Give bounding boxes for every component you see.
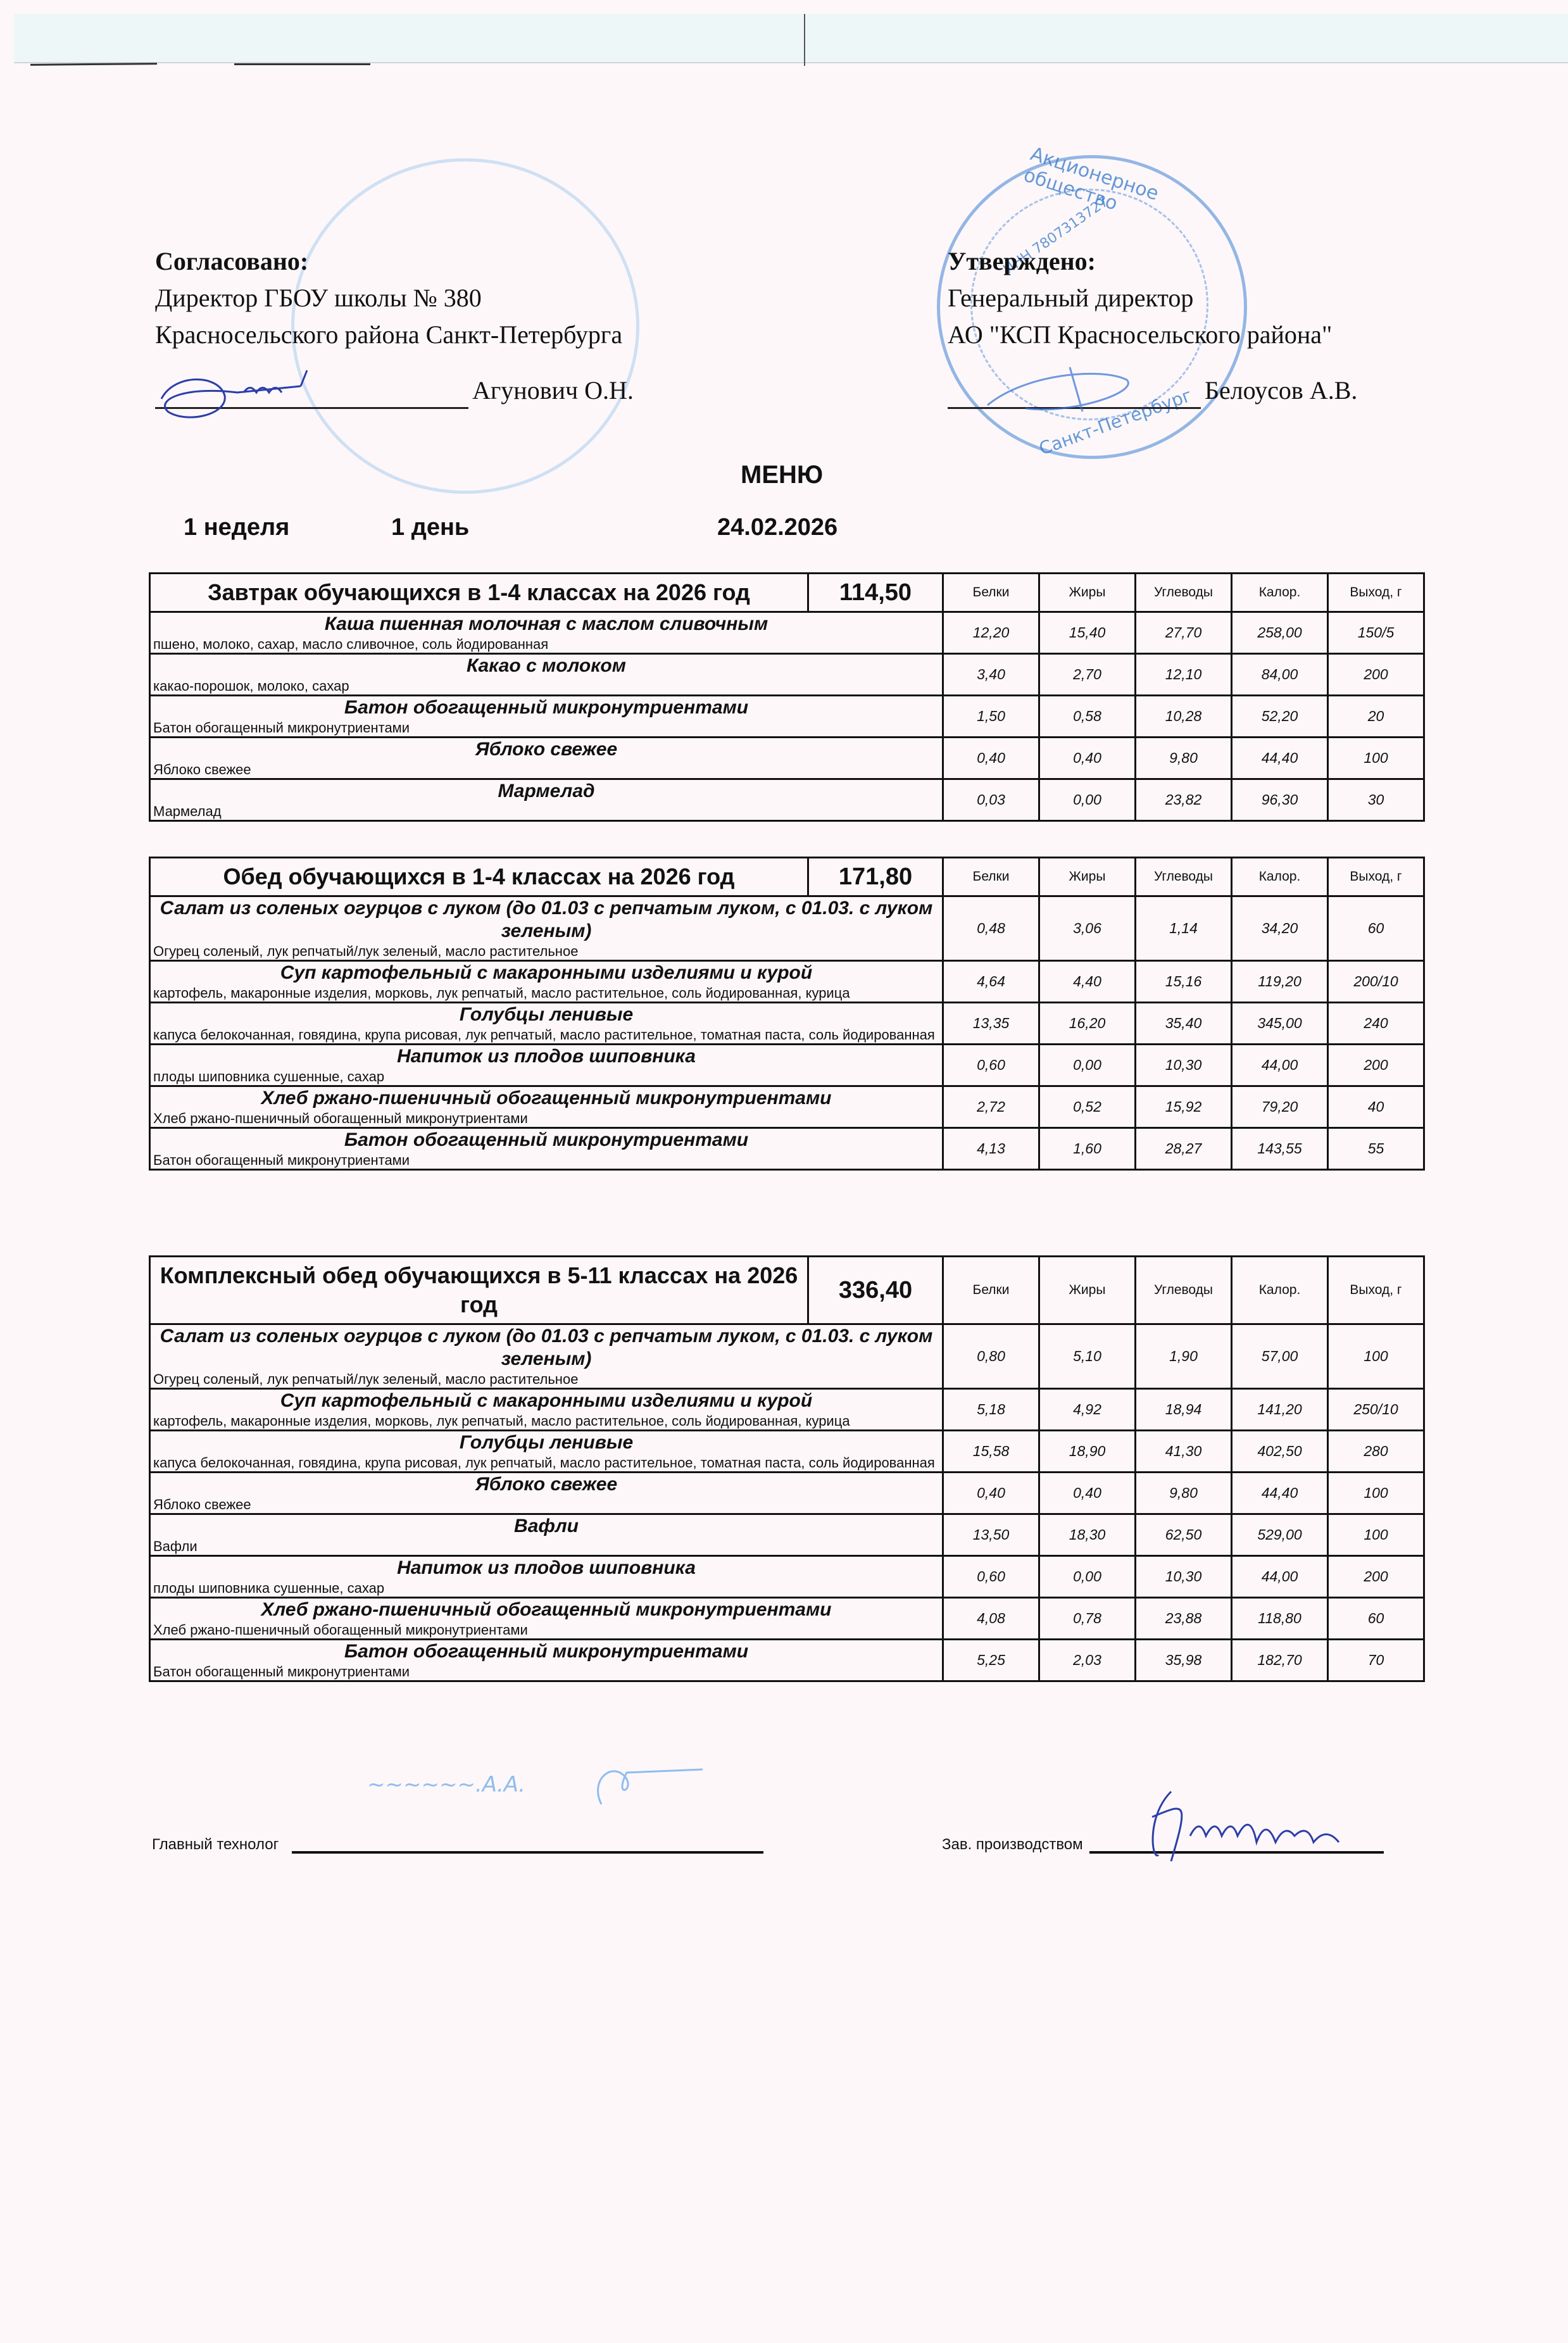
nutrition-carbs: 12,10 <box>1136 654 1232 696</box>
column-header: Выход, г <box>1328 1257 1424 1324</box>
nutrition-carbs: 10,30 <box>1136 1556 1232 1598</box>
nutrition-carbs: 18,94 <box>1136 1389 1232 1431</box>
dish-name: Суп картофельный с макаронными изделиями… <box>153 962 939 984</box>
nutrition-fat: 0,00 <box>1039 1045 1136 1086</box>
dish-name: Яблоко свежее <box>153 738 939 761</box>
nutrition-kcal: 182,70 <box>1232 1640 1328 1681</box>
section-title: Комплексный обед обучающихся в 5-11 клас… <box>150 1257 808 1324</box>
section-header-row: Комплексный обед обучающихся в 5-11 клас… <box>150 1257 1424 1324</box>
nutrition-fat: 0,58 <box>1039 696 1136 738</box>
nutrition-fat: 0,78 <box>1039 1598 1136 1640</box>
dish-ingredients: пшено, молоко, сахар, масло сливочное, с… <box>153 636 939 653</box>
nutrition-carbs: 10,28 <box>1136 696 1232 738</box>
table-row: Хлеб ржано-пшеничный обогащенный микрону… <box>150 1598 1424 1640</box>
nutrition-carbs: 10,30 <box>1136 1045 1232 1086</box>
nutrition-yield: 60 <box>1328 896 1424 961</box>
column-header: Калор. <box>1232 1257 1328 1324</box>
dish-name: Каша пшенная молочная с маслом сливочным <box>153 613 939 636</box>
dish-cell: Батон обогащенный микронутриентамиБатон … <box>150 696 943 738</box>
agreed-organization: Красносельского района Санкт-Петербурга <box>155 317 634 353</box>
nutrition-fat: 18,90 <box>1039 1431 1136 1473</box>
nutrition-fat: 16,20 <box>1039 1003 1136 1045</box>
table-row: Яблоко свежееЯблоко свежее0,400,409,8044… <box>150 738 1424 779</box>
dish-cell: Суп картофельный с макаронными изделиями… <box>150 961 943 1003</box>
nutrition-yield: 70 <box>1328 1640 1424 1681</box>
dish-name: Суп картофельный с макаронными изделиями… <box>153 1390 939 1412</box>
dish-ingredients: Батон обогащенный микронутриентами <box>153 1663 939 1680</box>
dish-name: Батон обогащенный микронутриентами <box>153 1129 939 1152</box>
dish-name: Вафли <box>153 1515 939 1538</box>
table-row: Хлеб ржано-пшеничный обогащенный микрону… <box>150 1086 1424 1128</box>
nutrition-kcal: 141,20 <box>1232 1389 1328 1431</box>
scan-artifact <box>804 14 805 66</box>
nutrition-carbs: 41,30 <box>1136 1431 1232 1473</box>
section-title: Завтрак обучающихся в 1-4 классах на 202… <box>150 574 808 612</box>
table-row: Батон обогащенный микронутриентамиБатон … <box>150 696 1424 738</box>
dish-cell: ВафлиВафли <box>150 1514 943 1556</box>
table-row: Яблоко свежееЯблоко свежее0,400,409,8044… <box>150 1473 1424 1514</box>
chief-technologist-label: Главный технолог <box>152 1836 279 1853</box>
week-label: 1 неделя <box>184 514 289 541</box>
approved-organization: АО "КСП Красносельского района" <box>948 317 1357 353</box>
column-header: Жиры <box>1039 858 1136 896</box>
dish-ingredients: Хлеб ржано-пшеничный обогащенный микрону… <box>153 1621 939 1638</box>
section-price: 114,50 <box>808 574 943 612</box>
nutrition-kcal: 79,20 <box>1232 1086 1328 1128</box>
nutrition-yield: 60 <box>1328 1598 1424 1640</box>
table-row: ВафлиВафли13,5018,3062,50529,00100 <box>150 1514 1424 1556</box>
nutrition-protein: 0,60 <box>943 1045 1039 1086</box>
nutrition-yield: 240 <box>1328 1003 1424 1045</box>
nutrition-kcal: 44,00 <box>1232 1045 1328 1086</box>
nutrition-carbs: 15,16 <box>1136 961 1232 1003</box>
column-header: Жиры <box>1039 1257 1136 1324</box>
nutrition-yield: 200 <box>1328 654 1424 696</box>
menu-table-breakfast-1-4: Завтрак обучающихся в 1-4 классах на 202… <box>149 572 1425 822</box>
dish-name: Батон обогащенный микронутриентами <box>153 1640 939 1663</box>
nutrition-kcal: 44,40 <box>1232 738 1328 779</box>
nutrition-protein: 13,35 <box>943 1003 1039 1045</box>
nutrition-kcal: 96,30 <box>1232 779 1328 821</box>
table-row: Напиток из плодов шиповникаплоды шиповни… <box>150 1556 1424 1598</box>
dish-cell: Какао с молокомкакао-порошок, молоко, са… <box>150 654 943 696</box>
nutrition-carbs: 27,70 <box>1136 612 1232 654</box>
day-label: 1 день <box>391 514 469 541</box>
dish-name: Салат из соленых огурцов с луком (до 01.… <box>153 897 939 943</box>
dish-ingredients: Яблоко свежее <box>153 1496 939 1513</box>
nutrition-kcal: 529,00 <box>1232 1514 1328 1556</box>
dish-cell: Салат из соленых огурцов с луком (до 01.… <box>150 1324 943 1389</box>
nutrition-carbs: 35,40 <box>1136 1003 1232 1045</box>
section-header-row: Завтрак обучающихся в 1-4 классах на 202… <box>150 574 1424 612</box>
nutrition-carbs: 62,50 <box>1136 1514 1232 1556</box>
nutrition-kcal: 57,00 <box>1232 1324 1328 1389</box>
nutrition-yield: 200 <box>1328 1556 1424 1598</box>
dish-ingredients: какао-порошок, молоко, сахар <box>153 677 939 694</box>
table-row: МармеладМармелад0,030,0023,8296,3030 <box>150 779 1424 821</box>
dish-name: Яблоко свежее <box>153 1473 939 1496</box>
nutrition-protein: 3,40 <box>943 654 1039 696</box>
column-header: Выход, г <box>1328 574 1424 612</box>
column-header: Калор. <box>1232 574 1328 612</box>
nutrition-carbs: 9,80 <box>1136 1473 1232 1514</box>
dish-cell: МармеладМармелад <box>150 779 943 821</box>
dish-cell: Салат из соленых огурцов с луком (до 01.… <box>150 896 943 961</box>
table-row: Батон обогащенный микронутриентамиБатон … <box>150 1128 1424 1170</box>
nutrition-kcal: 402,50 <box>1232 1431 1328 1473</box>
dish-name: Напиток из плодов шиповника <box>153 1557 939 1580</box>
dish-cell: Хлеб ржано-пшеничный обогащенный микрону… <box>150 1598 943 1640</box>
dish-name: Мармелад <box>153 780 939 803</box>
nutrition-fat: 0,00 <box>1039 1556 1136 1598</box>
nutrition-yield: 100 <box>1328 1514 1424 1556</box>
menu-date: 24.02.2026 <box>717 514 837 541</box>
section-price: 171,80 <box>808 858 943 896</box>
section-title: Обед обучающихся в 1-4 классах на 2026 г… <box>150 858 808 896</box>
signature-agunovich <box>149 361 326 430</box>
nutrition-fat: 5,10 <box>1039 1324 1136 1389</box>
dish-ingredients: Батон обогащенный микронутриентами <box>153 719 939 736</box>
nutrition-protein: 4,13 <box>943 1128 1039 1170</box>
column-header: Выход, г <box>1328 858 1424 896</box>
nutrition-kcal: 119,20 <box>1232 961 1328 1003</box>
nutrition-fat: 0,52 <box>1039 1086 1136 1128</box>
nutrition-kcal: 118,80 <box>1232 1598 1328 1640</box>
nutrition-protein: 0,48 <box>943 896 1039 961</box>
dish-cell: Суп картофельный с макаронными изделиями… <box>150 1389 943 1431</box>
nutrition-fat: 15,40 <box>1039 612 1136 654</box>
dish-name: Напиток из плодов шиповника <box>153 1045 939 1068</box>
nutrition-kcal: 345,00 <box>1232 1003 1328 1045</box>
dish-cell: Каша пшенная молочная с маслом сливочным… <box>150 612 943 654</box>
nutrition-carbs: 23,82 <box>1136 779 1232 821</box>
menu-table-lunch-1-4: Обед обучающихся в 1-4 классах на 2026 г… <box>149 857 1425 1171</box>
nutrition-carbs: 28,27 <box>1136 1128 1232 1170</box>
column-header: Калор. <box>1232 858 1328 896</box>
column-header: Белки <box>943 574 1039 612</box>
dish-cell: Яблоко свежееЯблоко свежее <box>150 1473 943 1514</box>
table-row: Голубцы ленивыекапуса белокочанная, говя… <box>150 1431 1424 1473</box>
dish-cell: Батон обогащенный микронутриентамиБатон … <box>150 1640 943 1681</box>
nutrition-yield: 200/10 <box>1328 961 1424 1003</box>
dish-name: Батон обогащенный микронутриентами <box>153 696 939 719</box>
nutrition-carbs: 1,90 <box>1136 1324 1232 1389</box>
nutrition-yield: 100 <box>1328 1473 1424 1514</box>
column-header: Углеводы <box>1136 574 1232 612</box>
nutrition-kcal: 44,40 <box>1232 1473 1328 1514</box>
nutrition-protein: 13,50 <box>943 1514 1039 1556</box>
dish-name: Какао с молоком <box>153 655 939 677</box>
page-title: МЕНЮ <box>741 461 823 489</box>
production-head-label: Зав. производством <box>942 1836 1083 1853</box>
dish-ingredients: Вафли <box>153 1538 939 1555</box>
scan-artifact <box>30 63 157 66</box>
nutrition-protein: 5,25 <box>943 1640 1039 1681</box>
table-row: Голубцы ленивыекапуса белокочанная, говя… <box>150 1003 1424 1045</box>
agreed-signatory: Агунович О.Н. <box>472 376 634 405</box>
dish-ingredients: картофель, макаронные изделия, морковь, … <box>153 984 939 1002</box>
column-header: Белки <box>943 1257 1039 1324</box>
nutrition-yield: 280 <box>1328 1431 1424 1473</box>
nutrition-kcal: 52,20 <box>1232 696 1328 738</box>
dish-name: Голубцы ленивые <box>153 1431 939 1454</box>
signature-belousov <box>975 355 1165 424</box>
nutrition-yield: 100 <box>1328 1324 1424 1389</box>
dish-ingredients: Огурец соленый, лук репчатый/лук зеленый… <box>153 943 939 960</box>
nutrition-protein: 4,08 <box>943 1598 1039 1640</box>
nutrition-fat: 2,70 <box>1039 654 1136 696</box>
table-row: Напиток из плодов шиповникаплоды шиповни… <box>150 1045 1424 1086</box>
nutrition-yield: 30 <box>1328 779 1424 821</box>
approved-signatory: Белоусов А.В. <box>1205 376 1357 405</box>
nutrition-protein: 1,50 <box>943 696 1039 738</box>
nutrition-protein: 0,80 <box>943 1324 1039 1389</box>
nutrition-protein: 15,58 <box>943 1431 1039 1473</box>
dish-ingredients: капуса белокочанная, говядина, крупа рис… <box>153 1026 939 1043</box>
nutrition-carbs: 23,88 <box>1136 1598 1232 1640</box>
approved-heading: Утверждено: <box>948 243 1357 280</box>
approved-position: Генеральный директор <box>948 280 1357 317</box>
dish-cell: Голубцы ленивыекапуса белокочанная, говя… <box>150 1003 943 1045</box>
nutrition-yield: 20 <box>1328 696 1424 738</box>
nutrition-kcal: 34,20 <box>1232 896 1328 961</box>
nutrition-protein: 4,64 <box>943 961 1039 1003</box>
nutrition-fat: 0,40 <box>1039 738 1136 779</box>
nutrition-protein: 12,20 <box>943 612 1039 654</box>
table-row: Батон обогащенный микронутриентамиБатон … <box>150 1640 1424 1681</box>
nutrition-kcal: 84,00 <box>1232 654 1328 696</box>
signature-line <box>292 1851 763 1854</box>
menu-table-complex-lunch-5-11: Комплексный обед обучающихся в 5-11 клас… <box>149 1255 1425 1682</box>
column-header: Жиры <box>1039 574 1136 612</box>
nutrition-yield: 250/10 <box>1328 1389 1424 1431</box>
nutrition-fat: 0,00 <box>1039 779 1136 821</box>
dish-ingredients: плоды шиповника сушенные, сахар <box>153 1068 939 1085</box>
nutrition-carbs: 1,14 <box>1136 896 1232 961</box>
dish-ingredients: картофель, макаронные изделия, морковь, … <box>153 1412 939 1429</box>
nutrition-protein: 5,18 <box>943 1389 1039 1431</box>
column-header: Белки <box>943 858 1039 896</box>
dish-cell: Напиток из плодов шиповникаплоды шиповни… <box>150 1556 943 1598</box>
nutrition-protein: 0,60 <box>943 1556 1039 1598</box>
table-row: Суп картофельный с макаронными изделиями… <box>150 961 1424 1003</box>
section-header-row: Обед обучающихся в 1-4 классах на 2026 г… <box>150 858 1424 896</box>
table-row: Суп картофельный с макаронными изделиями… <box>150 1389 1424 1431</box>
nutrition-protein: 2,72 <box>943 1086 1039 1128</box>
dish-ingredients: Хлеб ржано-пшеничный обогащенный микрону… <box>153 1110 939 1127</box>
scanner-top-band <box>14 14 1568 63</box>
dish-cell: Хлеб ржано-пшеничный обогащенный микрону… <box>150 1086 943 1128</box>
nutrition-protein: 0,03 <box>943 779 1039 821</box>
table-row: Салат из соленых огурцов с луком (до 01.… <box>150 1324 1424 1389</box>
nutrition-yield: 55 <box>1328 1128 1424 1170</box>
nutrition-yield: 100 <box>1328 738 1424 779</box>
agreed-position: Директор ГБОУ школы № 380 <box>155 280 634 317</box>
dish-cell: Батон обогащенный микронутриентамиБатон … <box>150 1128 943 1170</box>
dish-ingredients: Огурец соленый, лук репчатый/лук зеленый… <box>153 1371 939 1388</box>
column-header: Углеводы <box>1136 1257 1232 1324</box>
dish-cell: Голубцы ленивыекапуса белокочанная, говя… <box>150 1431 943 1473</box>
nutrition-kcal: 143,55 <box>1232 1128 1328 1170</box>
nutrition-protein: 0,40 <box>943 738 1039 779</box>
nutrition-fat: 18,30 <box>1039 1514 1136 1556</box>
nutrition-carbs: 9,80 <box>1136 738 1232 779</box>
nutrition-protein: 0,40 <box>943 1473 1039 1514</box>
nutrition-yield: 200 <box>1328 1045 1424 1086</box>
table-row: Каша пшенная молочная с маслом сливочным… <box>150 612 1424 654</box>
dish-ingredients: Мармелад <box>153 803 939 820</box>
dish-name: Голубцы ленивые <box>153 1003 939 1026</box>
nutrition-kcal: 258,00 <box>1232 612 1328 654</box>
signature-chief-technologist: ~~~~~~.А.А. <box>361 1754 715 1823</box>
dish-ingredients: Батон обогащенный микронутриентами <box>153 1152 939 1169</box>
table-row: Салат из соленых огурцов с луком (до 01.… <box>150 896 1424 961</box>
signature-production-head <box>1133 1779 1475 1868</box>
dish-ingredients: плоды шиповника сушенные, сахар <box>153 1580 939 1597</box>
nutrition-fat: 1,60 <box>1039 1128 1136 1170</box>
nutrition-carbs: 35,98 <box>1136 1640 1232 1681</box>
section-price: 336,40 <box>808 1257 943 1324</box>
nutrition-kcal: 44,00 <box>1232 1556 1328 1598</box>
dish-name: Хлеб ржано-пшеничный обогащенный микрону… <box>153 1599 939 1621</box>
column-header: Углеводы <box>1136 858 1232 896</box>
dish-ingredients: капуса белокочанная, говядина, крупа рис… <box>153 1454 939 1471</box>
nutrition-fat: 3,06 <box>1039 896 1136 961</box>
dish-name: Салат из соленых огурцов с луком (до 01.… <box>153 1325 939 1371</box>
dish-cell: Напиток из плодов шиповникаплоды шиповни… <box>150 1045 943 1086</box>
chief-technologist-signoff: Главный технолог <box>152 1836 763 1854</box>
nutrition-fat: 2,03 <box>1039 1640 1136 1681</box>
dish-name: Хлеб ржано-пшеничный обогащенный микрону… <box>153 1087 939 1110</box>
nutrition-yield: 150/5 <box>1328 612 1424 654</box>
nutrition-yield: 40 <box>1328 1086 1424 1128</box>
dish-ingredients: Яблоко свежее <box>153 761 939 778</box>
scan-artifact <box>234 63 370 65</box>
nutrition-fat: 0,40 <box>1039 1473 1136 1514</box>
nutrition-fat: 4,40 <box>1039 961 1136 1003</box>
dish-cell: Яблоко свежееЯблоко свежее <box>150 738 943 779</box>
agreed-heading: Согласовано: <box>155 243 634 280</box>
table-row: Какао с молокомкакао-порошок, молоко, са… <box>150 654 1424 696</box>
nutrition-fat: 4,92 <box>1039 1389 1136 1431</box>
nutrition-carbs: 15,92 <box>1136 1086 1232 1128</box>
svg-text:~~~~~~.А.А.: ~~~~~~.А.А. <box>367 1772 525 1797</box>
